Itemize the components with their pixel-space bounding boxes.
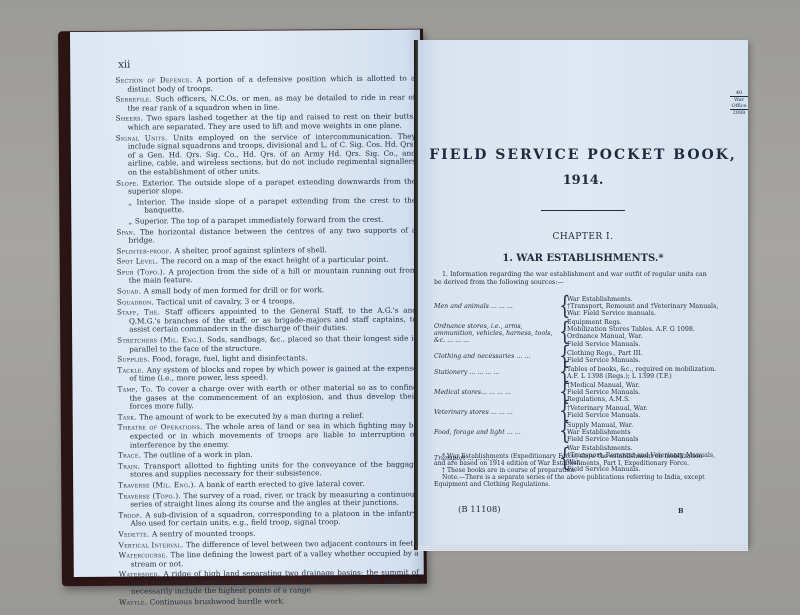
glossary-entry: Tamp, To. To cover a charge over with ea…: [117, 384, 417, 412]
footnote: Note.—There is a separate series of the …: [434, 474, 709, 488]
glossary-entry: Sheers. Two spars lashed together at the…: [116, 113, 416, 132]
source-item: Field Service Manuals.: [567, 341, 719, 348]
source-item: Ordnance Manual, War.: [567, 333, 719, 340]
glossary-text: The line defining the lowest part of a v…: [131, 549, 419, 569]
source-category: Clothing and necessaries ... ...: [434, 353, 559, 360]
glossary-text: A ridge of high land separating two drai…: [131, 568, 419, 596]
glossary-entry: Train. Transport allotted to fighting un…: [118, 460, 418, 479]
glossary-term: Squad.: [117, 287, 144, 296]
war-office-reference: 40 War Office 2088: [730, 90, 748, 116]
glossary-text: A sub-division of a squadron, correspond…: [130, 508, 418, 528]
right-page: 40 War Office 2088 FIELD SERVICE POCKET …: [418, 40, 748, 545]
glossary-entry: Wattle. Continuous brushwood hurdle work…: [119, 597, 419, 608]
glossary-text: The difference of level between two adja…: [186, 538, 416, 549]
glossary-text: A projection from the side of a hill or …: [129, 265, 417, 285]
glossary-text: Staff officers appointed to the General …: [129, 306, 417, 334]
glossary-entry: Traverse (Topo.). The survey of a road, …: [118, 490, 418, 509]
glossary-term: Task.: [118, 412, 140, 421]
glossary-entry: Section of Defence. A portion of a defen…: [115, 75, 415, 94]
source-row: Stationery ... ... ... ...{Tables of boo…: [434, 366, 719, 380]
source-category: Stationery ... ... ... ...: [434, 369, 559, 376]
signature-mark: B: [678, 507, 684, 515]
glossary-term: Vedette.: [118, 529, 151, 538]
source-category: Food, forage and light ... ...: [434, 429, 559, 436]
source-item: Mobilization Stores Tables. A.F. G 1098.: [567, 326, 719, 333]
source-row: Veterinary stores ... ... ...{†Veterinar…: [434, 405, 719, 419]
footnotes: * War Establishments (Expeditionary Forc…: [434, 453, 709, 488]
glossary-text: Continuous brushwood hurdle work.: [150, 597, 285, 607]
glossary-term: Squadron.: [117, 297, 157, 306]
glossary-term: Spot Level.: [117, 257, 161, 266]
source-item: †Transport, Remount and †Veterinary Manu…: [567, 303, 719, 317]
glossary-entry: Squad. A small body of men formed for dr…: [117, 286, 417, 297]
source-row: Ordnance stores, i.e., arms, ammunition,…: [434, 319, 719, 347]
source-category: Ordnance stores, i.e., arms, ammunition,…: [434, 323, 559, 344]
intro-paragraph: 1. Information regarding the war establi…: [434, 271, 709, 286]
glossary-entry: Spur (Topo.). A projection from the side…: [117, 266, 417, 285]
source-row: Medical stores... ... ... ...{†Medical M…: [434, 382, 719, 403]
glossary-text: Transport allotted to fighting units for…: [130, 459, 418, 479]
glossary-entry: Theatre of Operations. The whole area of…: [118, 422, 418, 450]
source-items: †Medical Manual, War.Field Service Manua…: [567, 382, 719, 403]
printer-signature: (B 11108): [458, 505, 501, 515]
source-items: Tables of books, &c., required on mobili…: [567, 366, 719, 380]
book-year: 1914.: [418, 173, 748, 188]
glossary-entry: Troop. A sub-division of a squadron, cor…: [118, 509, 418, 528]
footnote: * War Establishments (Expeditionary Forc…: [434, 453, 709, 467]
source-items: Supply Manual, War.War EstablishmentsFie…: [567, 422, 719, 443]
source-item: Regulations, A.M.S.: [567, 396, 719, 403]
glossary-entry: „ Interior. The inside slope of a parape…: [116, 196, 416, 215]
glossary-entry: Serrefile. Such officers, N.C.Os. or men…: [115, 94, 415, 113]
glossary-entry: Span. The horizontal distance between th…: [116, 226, 416, 245]
glossary-text: The record on a map of the exact height …: [161, 255, 389, 266]
glossary-term: Splinter-proof.: [116, 246, 174, 255]
glossary-text: A sentry of mounted troops.: [152, 529, 256, 539]
source-items: †Veterinary Manual, War.Field Service Ma…: [567, 405, 719, 419]
book-title: FIELD SERVICE POCKET BOOK,: [418, 147, 748, 163]
glossary-text: Interior. The inside slope of a parapet …: [136, 195, 416, 214]
glossary-term: Trace.: [118, 451, 144, 460]
glossary-entry: Staff, The. Staff officers appointed to …: [117, 307, 417, 335]
glossary-text: Tactical unit of cavalry, 3 or 4 troops.: [157, 296, 295, 306]
glossary-entry: Tackle. Any system of blocks and ropes b…: [117, 364, 417, 383]
glossary-entry: Stretchers (Mil. Eng.). Sods, sandbags, …: [117, 335, 417, 354]
source-row: Clothing and necessaries ... ...{Clothin…: [434, 350, 719, 364]
glossary-definitions: Section of Defence. A portion of a defen…: [115, 75, 419, 610]
page-number: xii: [118, 60, 130, 71]
source-row: Men and animals ... ... ...{War Establis…: [434, 296, 719, 317]
brace-icon: {: [559, 326, 567, 340]
source-item: Tables of books, &c., required on mobili…: [567, 366, 719, 380]
page-stack-edge: [418, 545, 748, 551]
glossary-entry: Watercourse. The line defining the lowes…: [119, 550, 419, 569]
section-heading: 1. WAR ESTABLISHMENTS.*: [418, 253, 748, 264]
brace-icon: {: [559, 300, 567, 314]
source-item: Field Service Manuals.: [567, 357, 719, 364]
glossary-text: Two spars lashed together at the tip and…: [128, 112, 416, 132]
source-items: Equipment Regs.Mobilization Stores Table…: [567, 319, 719, 347]
chapter-heading: CHAPTER I.: [418, 232, 748, 242]
source-item: War Establishments: [567, 429, 719, 436]
glossary-text: A bank of earth erected to give lateral …: [199, 479, 365, 489]
source-item: †Medical Manual, War.: [567, 382, 719, 389]
source-item: Equipment Regs.: [567, 319, 719, 326]
glossary-term: Wattle.: [119, 598, 150, 607]
glossary-text: The outline of a work in plan.: [144, 450, 253, 460]
glossary-text: To cover a charge over with earth or oth…: [130, 383, 418, 411]
source-category: Medical stores... ... ... ...: [434, 389, 559, 396]
brace-icon: {: [559, 425, 567, 439]
source-item: Field Service Manuals: [567, 436, 719, 443]
glossary-term: Vertical Interval.: [119, 540, 187, 549]
source-item: War Establishments.: [567, 445, 719, 452]
reference-code: 2088: [730, 110, 748, 116]
source-items: War Establishments.†Transport, Remount a…: [567, 296, 719, 317]
glossary-text: A small body of men formed for drill or …: [144, 285, 325, 295]
glossary-text: A shelter, proof against splinters of sh…: [174, 245, 326, 255]
glossary-entry: Slope. Exterior. The outside slope of a …: [116, 177, 416, 196]
glossary-text: Exterior. The outside slope of a parapet…: [128, 176, 416, 196]
left-page: xii Section of Defence. A portion of a d…: [70, 30, 424, 577]
glossary-term: Supplies.: [117, 355, 152, 364]
source-category: Veterinary stores ... ... ...: [434, 409, 559, 416]
glossary-text: Any system of blocks and ropes by which …: [129, 363, 417, 383]
reference-office: War Office: [730, 96, 748, 110]
footnote: † These books are in course of preparati…: [434, 467, 709, 474]
glossary-text: Food, forage, fuel, light and disinfecta…: [152, 354, 307, 364]
source-items: Clothing Regs., Part III.Field Service M…: [567, 350, 719, 364]
glossary-entry: Watershed. A ridge of high land separati…: [119, 569, 419, 597]
glossary-text: The amount of work to be executed by a m…: [139, 411, 364, 422]
source-item: Field Service Manuals.: [567, 412, 719, 419]
source-item: Clothing Regs., Part III.: [567, 350, 719, 357]
source-item: Field Service Manuals.: [567, 389, 719, 396]
source-item: Supply Manual, War.: [567, 422, 719, 429]
glossary-text: Superior. The top of a parapet immediate…: [135, 215, 384, 226]
source-item: War Establishments.: [567, 296, 719, 303]
glossary-text: Such officers, N.C.Os. or men, as may be…: [127, 93, 415, 113]
glossary-entry: Signal Units. Units employed on the serv…: [116, 132, 416, 177]
sources-table: Men and animals ... ... ...{War Establis…: [434, 296, 719, 475]
source-category: Men and animals ... ... ...: [434, 303, 559, 310]
source-item: †Veterinary Manual, War.: [567, 405, 719, 412]
title-divider: [541, 210, 625, 211]
glossary-term: Traverse (Mil. Eng.).: [118, 480, 199, 490]
glossary-text: The horizontal distance between the cent…: [128, 225, 416, 245]
source-row: Food, forage and light ... ...{Supply Ma…: [434, 422, 719, 443]
